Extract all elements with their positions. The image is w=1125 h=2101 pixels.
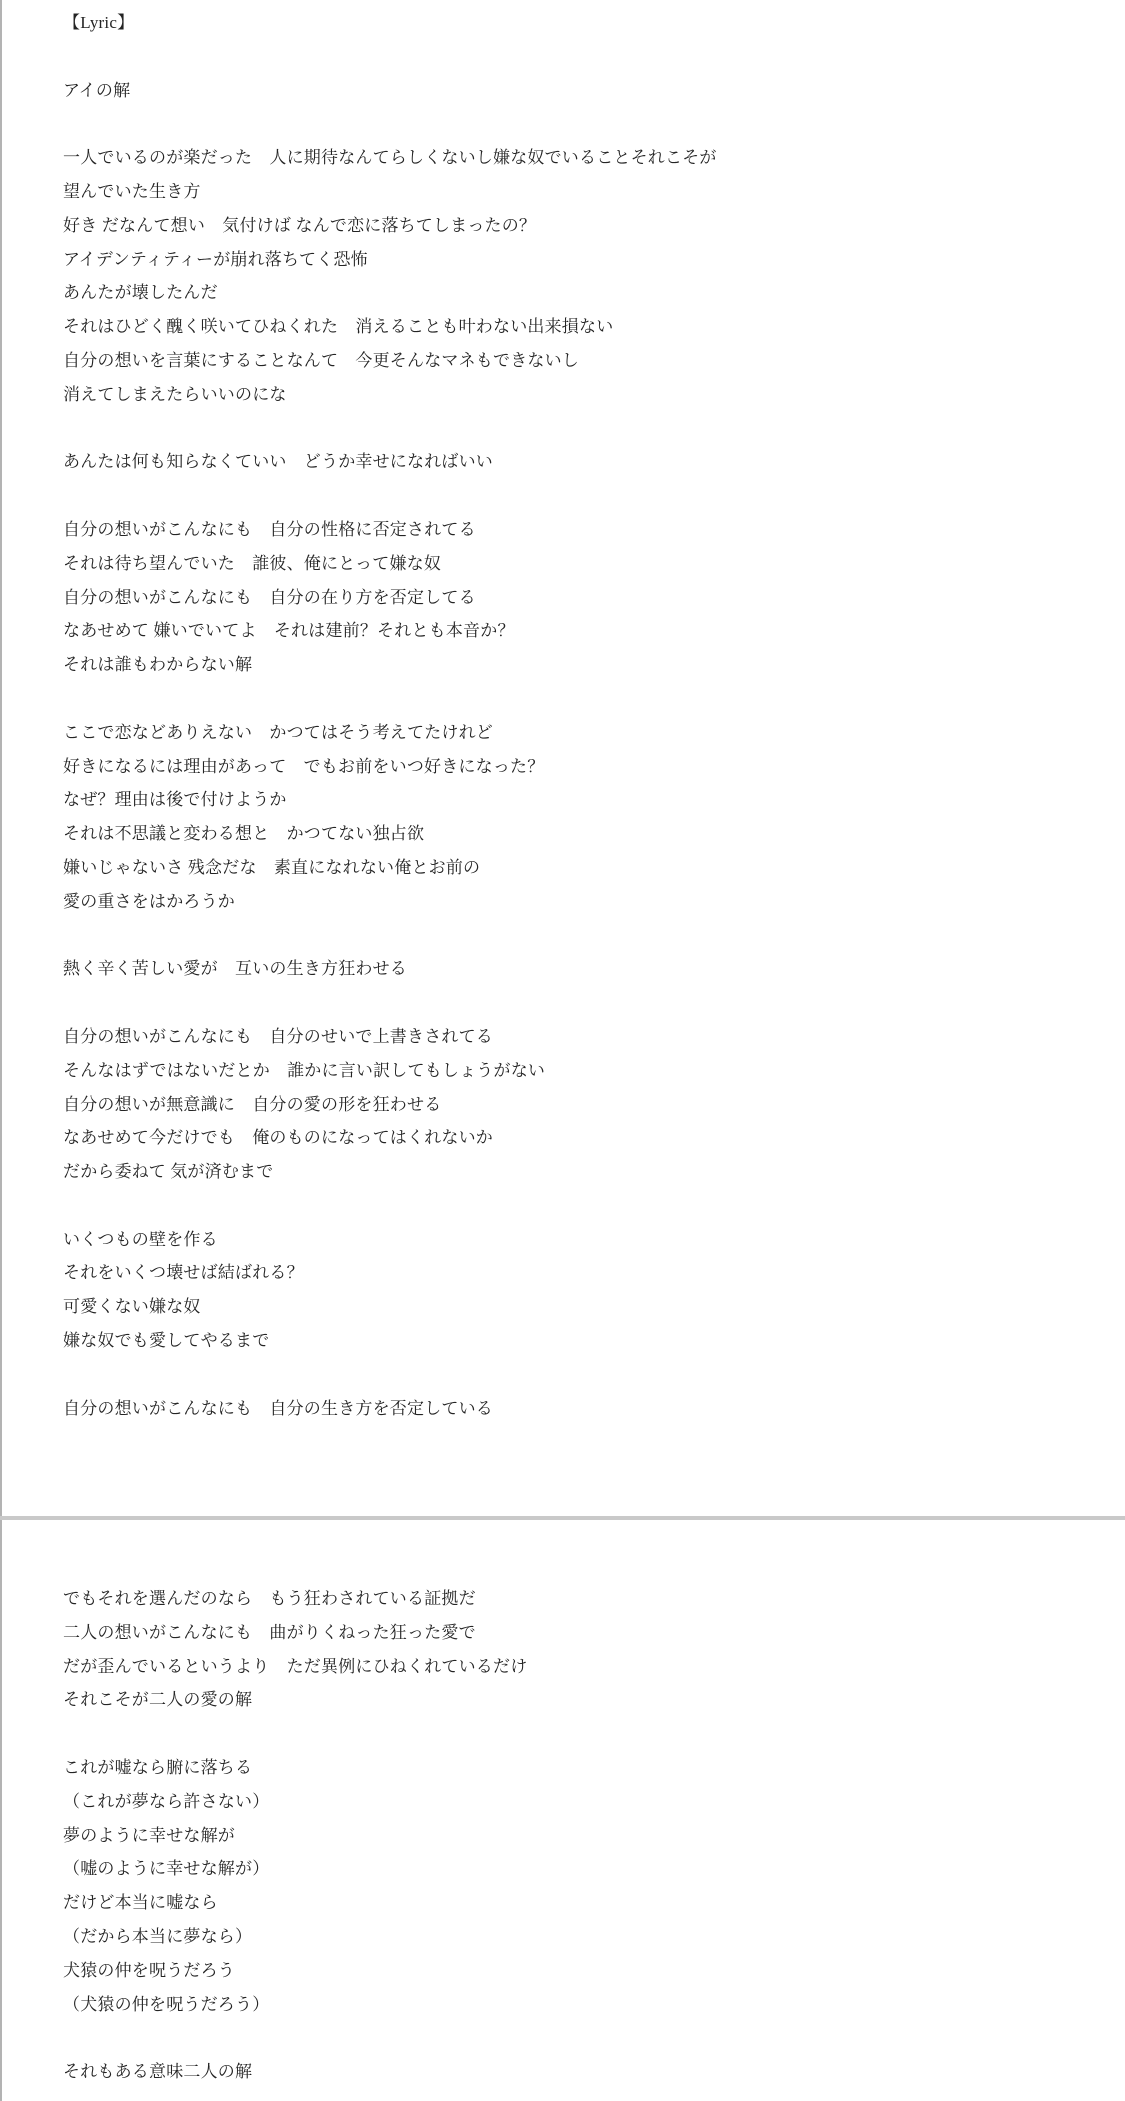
lyric-line: 自分の想いがこんなにも 自分の性格に否定されてる <box>63 513 1095 547</box>
lyric-line: そんなはずではないだとか 誰かに言い訳してもしょうがない <box>63 1054 1095 1088</box>
lyrics-section-2: でもそれを選んだのなら もう狂わされている証拠だ二人の想いがこんなにも 曲がりく… <box>2 1520 1125 2089</box>
lyric-line: あんたは何も知らなくていい どうか幸せになればいい <box>63 445 1095 479</box>
lyric-line: 自分の想いがこんなにも 自分の生き方を否定している <box>63 1392 1095 1426</box>
lyric-line: 一人でいるのが楽だった 人に期待なんてらしくないし嫌な奴でいることそれこそが <box>63 141 1095 175</box>
lyric-line: 消えてしまえたらいいのにな <box>63 378 1095 412</box>
lyric-line: 犬猿の仲を呪うだろう <box>63 1954 1095 1988</box>
blank-line <box>63 2021 1095 2055</box>
lyric-line: （だから本当に夢なら） <box>63 1920 1095 1954</box>
blank-line <box>63 40 1095 74</box>
blank-line <box>63 479 1095 513</box>
lyric-line: それは待ち望んでいた 誰彼、俺にとって嫌な奴 <box>63 547 1095 581</box>
lyric-line: 好き だなんて想い 気付けば なんで恋に落ちてしまったの？ <box>63 209 1095 243</box>
lyric-line: 愛の重さをはかろうか <box>63 885 1095 919</box>
lyrics-section-1: 【Lyric】 アイの解 一人でいるのが楽だった 人に期待なんてらしくないし嫌な… <box>2 0 1125 1516</box>
song-title: アイの解 <box>63 74 1095 108</box>
lyric-line: なあせめて今だけでも 俺のものになってはくれないか <box>63 1121 1095 1155</box>
blank-line <box>63 919 1095 953</box>
lyric-line: 好きになるには理由があって でもお前をいつ好きになった？ <box>63 750 1095 784</box>
blank-line <box>63 986 1095 1020</box>
lyric-line: 可愛くない嫌な奴 <box>63 1290 1095 1324</box>
lyric-line: それこそが二人の愛の解 <box>63 1683 1095 1717</box>
blank-line <box>63 1358 1095 1392</box>
blank-line <box>63 1717 1095 1751</box>
lyric-line: だけど本当に嘘なら <box>63 1886 1095 1920</box>
lyric-line: だから委ねて 気が済むまで <box>63 1155 1095 1189</box>
lyric-line: それは誰もわからない解 <box>63 648 1095 682</box>
lyric-line: （これが夢なら許さない） <box>63 1785 1095 1819</box>
lyric-section-header: 【Lyric】 <box>63 6 1095 40</box>
lyric-line: これが嘘なら腑に落ちる <box>63 1751 1095 1785</box>
lyric-line: ここで恋などありえない かつてはそう考えてたけれど <box>63 716 1095 750</box>
lyric-line: 嫌な奴でも愛してやるまで <box>63 1324 1095 1358</box>
lyric-line: それをいくつ壊せば結ばれる？ <box>63 1256 1095 1290</box>
lyrics-lines-section-2: でもそれを選んだのなら もう狂わされている証拠だ二人の想いがこんなにも 曲がりく… <box>63 1582 1095 2089</box>
lyrics-lines-section-1: 一人でいるのが楽だった 人に期待なんてらしくないし嫌な奴でいることそれこそが望ん… <box>63 141 1095 1425</box>
lyric-line: いくつもの壁を作る <box>63 1223 1095 1257</box>
blank-line <box>63 107 1095 141</box>
blank-line <box>63 1189 1095 1223</box>
lyric-line: 二人の想いがこんなにも 曲がりくねった狂った愛で <box>63 1616 1095 1650</box>
blank-line <box>63 412 1095 446</box>
lyric-line: 自分の想いがこんなにも 自分のせいで上書きされてる <box>63 1020 1095 1054</box>
lyric-line: （嘘のように幸せな解が） <box>63 1852 1095 1886</box>
lyric-line: なあせめて 嫌いでいてよ それは建前？それとも本音か？ <box>63 614 1095 648</box>
lyric-line: それはひどく醜く咲いてひねくれた 消えることも叶わない出来損ない <box>63 310 1095 344</box>
lyric-line: 望んでいた生き方 <box>63 175 1095 209</box>
lyric-line: 熱く辛く苦しい愛が 互いの生き方狂わせる <box>63 952 1095 986</box>
lyrics-page: 【Lyric】 アイの解 一人でいるのが楽だった 人に期待なんてらしくないし嫌な… <box>0 0 1125 2101</box>
lyric-line: 自分の想いがこんなにも 自分の在り方を否定してる <box>63 581 1095 615</box>
lyric-line: それは不思議と変わる想と かつてない独占欲 <box>63 817 1095 851</box>
lyric-line: 夢のように幸せな解が <box>63 1819 1095 1853</box>
lyric-line: （犬猿の仲を呪うだろう） <box>63 1988 1095 2022</box>
blank-line <box>63 682 1095 716</box>
lyric-line: アイデンティティーが崩れ落ちてく恐怖 <box>63 243 1095 277</box>
lyric-line: 嫌いじゃないさ 残念だな 素直になれない俺とお前の <box>63 851 1095 885</box>
lyric-line: 自分の想いを言葉にすることなんて 今更そんなマネもできないし <box>63 344 1095 378</box>
lyric-line: でもそれを選んだのなら もう狂わされている証拠だ <box>63 1582 1095 1616</box>
lyric-line: 自分の想いが無意識に 自分の愛の形を狂わせる <box>63 1088 1095 1122</box>
lyric-line: あんたが壊したんだ <box>63 276 1095 310</box>
lyric-line: なぜ？理由は後で付けようか <box>63 783 1095 817</box>
lyric-line: だが歪んでいるというより ただ異例にひねくれているだけ <box>63 1650 1095 1684</box>
lyric-line: それもある意味二人の解 <box>63 2055 1095 2089</box>
